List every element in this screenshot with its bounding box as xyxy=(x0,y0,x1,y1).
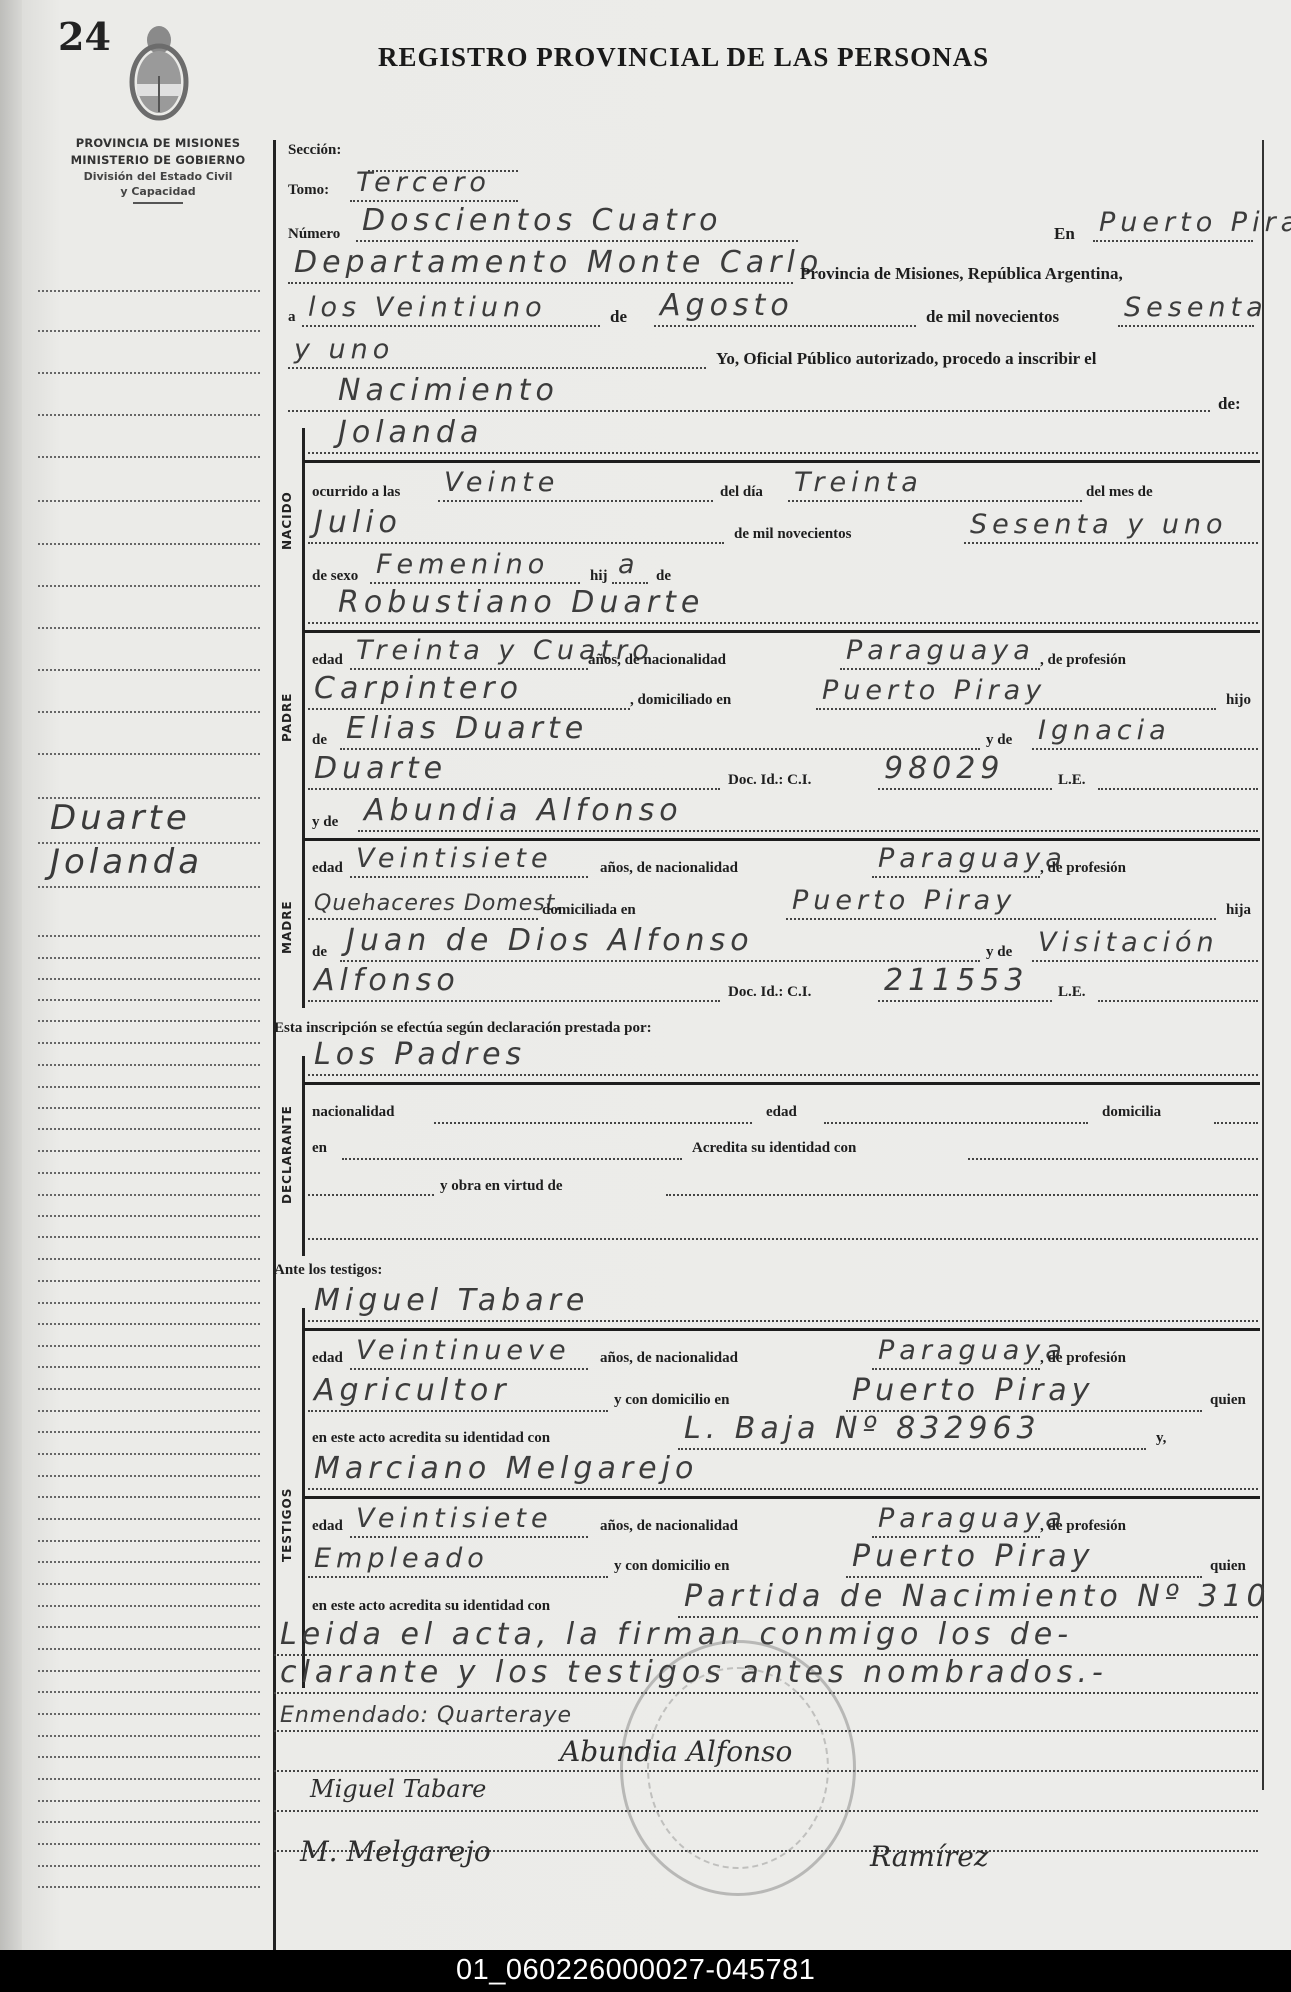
row-madre-padres: de Juan de Dios Alfonso y de Visitación xyxy=(288,928,1260,968)
sexo-field[interactable]: Femenino xyxy=(370,550,580,584)
margin-line xyxy=(38,1475,260,1477)
margin-line xyxy=(38,1800,260,1802)
padre-nacionalidad-field[interactable]: Paraguaya xyxy=(840,636,1040,670)
margin-line xyxy=(38,1843,260,1845)
margin-line xyxy=(38,1778,260,1780)
hora-field[interactable]: Veinte xyxy=(438,468,713,502)
margin-line xyxy=(38,711,260,713)
page-binding-edge xyxy=(0,0,22,1950)
testigo-1-edad-row: edad Veintinueve años, de nacionalidad P… xyxy=(288,1336,1260,1376)
nacido-anio-field[interactable]: Sesenta y uno xyxy=(964,510,1258,544)
row-madre-doc: Alfonso Doc. Id.: C.I. 211553 L.E. xyxy=(288,968,1260,1008)
testigo-2-edad-label: edad xyxy=(312,1518,343,1535)
padre-profesion-field[interactable]: Carpintero xyxy=(308,676,630,710)
madre-yde-label: y de xyxy=(312,814,338,831)
padre-doc-label: Doc. Id.: C.I. xyxy=(728,772,811,789)
tomo-field[interactable]: Tercero xyxy=(350,168,518,202)
testigo-1-nombre-row: Miguel Tabare xyxy=(288,1288,1260,1328)
row-madre-nombre: y de Abundia Alfonso xyxy=(288,798,1260,838)
margin-line xyxy=(38,1258,260,1260)
margin-line xyxy=(38,500,260,502)
signature-witness-2: M. Melgarejo xyxy=(300,1835,491,1868)
madre-ci-field[interactable]: 211553 xyxy=(878,968,1052,1002)
margin-line xyxy=(38,1215,260,1217)
margin-line xyxy=(38,935,260,937)
section-rule xyxy=(304,460,1260,463)
margin-line xyxy=(38,669,260,671)
margin-line xyxy=(38,1431,260,1433)
padre-edad-field[interactable]: Treinta y Cuatro xyxy=(350,636,588,670)
madre-yde2-label: y de xyxy=(986,944,1012,961)
margin-line xyxy=(38,1561,260,1563)
declarante-acredita-cont-field[interactable] xyxy=(308,1162,434,1196)
margin-line xyxy=(38,1150,260,1152)
row-declarante-en: en Acredita su identidad con xyxy=(288,1126,1260,1166)
madre-edad-label: edad xyxy=(312,860,343,877)
margin-line xyxy=(38,1020,260,1022)
testigo-1-nac-label: años, de nacionalidad xyxy=(600,1350,738,1367)
declarante-acredita-label: Acredita su identidad con xyxy=(692,1140,856,1157)
testigo-1-profesion-field[interactable]: Agricultor xyxy=(308,1378,608,1412)
section-rule xyxy=(304,1082,1260,1085)
margin-line xyxy=(38,1086,260,1088)
row-nacido-nombre: Jolanda xyxy=(288,420,1260,460)
departamento-field[interactable]: Departamento Monte Carlo xyxy=(288,250,793,284)
row-nacido-hora: ocurrido a las Veinte del día Treinta de… xyxy=(288,468,1260,508)
signature-mother: Abundia Alfonso xyxy=(560,1735,792,1768)
margin-line xyxy=(38,290,260,292)
row-nacido-mes: Julio de mil novecientos Sesenta y uno xyxy=(288,510,1260,550)
testigo-2-quien-label: quien xyxy=(1210,1558,1246,1575)
padre-madre-field[interactable]: Ignacia xyxy=(1032,716,1258,750)
margin-line xyxy=(38,1453,260,1455)
testigo-1-quien-label: quien xyxy=(1210,1392,1246,1409)
padre-yde-label: y de xyxy=(986,732,1012,749)
row-acto: Nacimiento de: xyxy=(288,378,1260,418)
declarante-nac-label: nacionalidad xyxy=(312,1104,395,1121)
margin-line xyxy=(38,1410,260,1412)
margin-line xyxy=(38,372,260,374)
testigo-1-prof-label: , de profesión xyxy=(1040,1350,1126,1367)
padre-le-field[interactable] xyxy=(1098,756,1258,790)
madre-madre-field[interactable]: Visitación xyxy=(1032,928,1258,962)
madre-prof-label: , de profesión xyxy=(1040,860,1126,877)
seccion-label: Sección: xyxy=(288,142,341,159)
fecha-anio-cont-field[interactable]: y uno xyxy=(288,335,706,369)
testigo-2-edad-row: edad Veintisiete años, de nacionalidad P… xyxy=(288,1504,1260,1544)
nacido-nombre-field[interactable]: Jolanda xyxy=(308,420,1258,454)
row-numero: Número Doscientos Cuatro En Puerto Piray xyxy=(288,208,1260,248)
margin-line xyxy=(38,1128,260,1130)
madre-madre-cont-field[interactable]: Alfonso xyxy=(308,968,720,1002)
madre-de-label: de xyxy=(312,944,327,961)
signature-witness-1: Miguel Tabare xyxy=(310,1775,486,1803)
hij-label: hij xyxy=(590,568,608,585)
row-tomo: Tomo: Tercero xyxy=(288,168,1260,208)
padre-madre-cont-field[interactable]: Duarte xyxy=(308,756,720,790)
padre-ci-field[interactable]: 98029 xyxy=(878,756,1052,790)
margin-line xyxy=(38,1583,260,1585)
section-rule xyxy=(304,1496,1260,1499)
declarante-obra-label: y obra en virtud de xyxy=(440,1178,563,1195)
sexo-label: de sexo xyxy=(312,568,358,585)
testigo-2-nac-label: años, de nacionalidad xyxy=(600,1518,738,1535)
row-fecha: a los Veintiuno de Agosto de mil novecie… xyxy=(288,293,1260,333)
margin-line xyxy=(38,1236,260,1238)
madre-hija-label: hija xyxy=(1226,902,1251,919)
margin-line xyxy=(38,1821,260,1823)
margin-line xyxy=(38,957,260,959)
margin-column xyxy=(28,0,268,1950)
row-declarante-extra xyxy=(288,1206,1260,1246)
margin-line xyxy=(38,1280,260,1282)
fecha-dia-field[interactable]: los Veintiuno xyxy=(302,293,600,327)
row-oficial: y uno Yo, Oficial Público autorizado, pr… xyxy=(288,335,1260,375)
declarante-intro: Esta inscripción se efectúa según declar… xyxy=(274,1020,652,1037)
margin-line xyxy=(38,753,260,755)
margin-line xyxy=(38,978,260,980)
testigo-2-nombre-field[interactable]: Marciano Melgarejo xyxy=(308,1456,1258,1490)
testigo-2-domicilio-field[interactable]: Puerto Piray xyxy=(846,1544,1202,1578)
madre-profesion-field[interactable]: Quehaceres Domest. xyxy=(308,886,538,920)
fecha-de-label: de xyxy=(610,307,627,327)
testigo-1-edad-field[interactable]: Veintinueve xyxy=(350,1336,588,1370)
margin-line xyxy=(38,1345,260,1347)
dia-label: del día xyxy=(720,484,763,501)
section-rule xyxy=(304,1328,1260,1331)
padre-padre-field[interactable]: Elias Duarte xyxy=(340,716,980,750)
testigo-1-domicilio-field[interactable]: Puerto Piray xyxy=(846,1378,1202,1412)
margin-line xyxy=(38,1540,260,1542)
margin-line xyxy=(38,456,260,458)
padre-nombre-field[interactable]: Robustiano Duarte xyxy=(308,590,1258,624)
row-declarante-nombre: Los Padres xyxy=(288,1042,1260,1082)
madre-edad-field[interactable]: Veintisiete xyxy=(350,844,588,878)
page-title: REGISTRO PROVINCIAL DE LAS PERSONAS xyxy=(378,42,989,73)
testigo-2-nombre-row: Marciano Melgarejo xyxy=(288,1456,1260,1496)
tomo-label: Tomo: xyxy=(288,182,329,199)
margin-line xyxy=(38,1865,260,1867)
madre-nacionalidad-field[interactable]: Paraguaya xyxy=(872,844,1040,878)
section-rule xyxy=(304,838,1260,841)
row-madre-profesion: Quehaceres Domest. domiciliada en Puerto… xyxy=(288,886,1260,926)
official-seal-stamp xyxy=(620,1640,856,1896)
oficial-text: Yo, Oficial Público autorizado, procedo … xyxy=(716,349,1096,369)
row-padre-profesion: Carpintero , domiciliado en Puerto Piray… xyxy=(288,676,1260,716)
document-page: 24 PROVINCIA DE MISIONES MINISTERIO DE G… xyxy=(0,0,1291,1950)
madre-le-label: L.E. xyxy=(1058,984,1086,1001)
testigo-2-edad-field[interactable]: Veintisiete xyxy=(350,1504,588,1538)
scan-footer: 01_060226000027-045781 xyxy=(0,1950,1291,1992)
lugar-field[interactable]: Puerto Piray xyxy=(1093,208,1253,242)
padre-nac-label: años, de nacionalidad xyxy=(588,652,726,669)
margin-line xyxy=(38,1518,260,1520)
testigo-1-nombre-field[interactable]: Miguel Tabare xyxy=(308,1288,1258,1322)
hij-de-label: de xyxy=(656,568,671,585)
padre-de-label: de xyxy=(312,732,327,749)
declarante-obra-field[interactable] xyxy=(666,1162,1258,1196)
margin-line xyxy=(38,1735,260,1737)
madre-dom-label: domiciliada en xyxy=(542,902,636,919)
dia-field[interactable]: Treinta xyxy=(788,468,1082,502)
declarante-en-label: en xyxy=(312,1140,327,1157)
mes-field[interactable]: Julio xyxy=(308,510,724,544)
madre-le-field[interactable] xyxy=(1098,968,1258,1002)
row-declarante-obra: y obra en virtud de xyxy=(288,1162,1260,1202)
declarante-nombre-field[interactable]: Los Padres xyxy=(308,1042,1258,1076)
row-declarante-nac: nacionalidad edad domicilia xyxy=(288,1090,1260,1130)
row-padre-nombre: Robustiano Duarte xyxy=(288,590,1260,630)
row-madre-edad: edad Veintisiete años, de nacionalidad P… xyxy=(288,844,1260,884)
madre-padre-field[interactable]: Juan de Dios Alfonso xyxy=(340,928,980,962)
margin-line xyxy=(38,414,260,416)
numero-field[interactable]: Doscientos Cuatro xyxy=(356,208,798,242)
madre-domicilio-field[interactable]: Puerto Piray xyxy=(786,886,1216,920)
padre-edad-label: edad xyxy=(312,652,343,669)
margin-line xyxy=(38,1496,260,1498)
margin-line xyxy=(38,1886,260,1888)
document-id: 01_060226000027-045781 xyxy=(456,1954,815,1987)
row-nacido-sexo: de sexo Femenino hij a de xyxy=(288,550,1260,590)
margin-line xyxy=(38,1605,260,1607)
acto-tipo-field[interactable]: Nacimiento xyxy=(288,378,1210,412)
margin-line xyxy=(38,1042,260,1044)
declarante-domicilio-field[interactable] xyxy=(342,1126,682,1160)
margin-line xyxy=(38,1064,260,1066)
fecha-anio-label: de mil novecientos xyxy=(926,307,1059,327)
declarante-dom-field[interactable] xyxy=(1214,1090,1258,1124)
mes-label: del mes de xyxy=(1086,484,1153,501)
margin-note-given-name: Jolanda xyxy=(50,842,203,882)
testigo-1-nacionalidad-field[interactable]: Paraguaya xyxy=(872,1336,1040,1370)
testigo-2-acredita-field[interactable]: Partida de Nacimiento Nº 310 xyxy=(678,1584,1258,1618)
acto-de-label: de: xyxy=(1218,394,1241,414)
margin-line xyxy=(38,627,260,629)
margin-line xyxy=(38,999,260,1001)
declarante-extra-field[interactable] xyxy=(308,1206,1258,1240)
testigo-2-acredita-label: en este acto acredita su identidad con xyxy=(312,1598,550,1615)
margin-line xyxy=(38,1713,260,1715)
margin-line xyxy=(38,1670,260,1672)
nacido-anio-label: de mil novecientos xyxy=(734,526,852,543)
padre-prof-label: , de profesión xyxy=(1040,652,1126,669)
margin-line xyxy=(38,543,260,545)
margin-line xyxy=(38,1691,260,1693)
testigo-2-dom-label: y con domicilio en xyxy=(614,1558,729,1575)
declarante-edad-label: edad xyxy=(766,1104,797,1121)
testigo-2-nacionalidad-field[interactable]: Paraguaya xyxy=(872,1504,1040,1538)
margin-line xyxy=(38,1323,260,1325)
row-padre-edad: edad Treinta y Cuatro años, de nacionali… xyxy=(288,636,1260,676)
padre-le-label: L.E. xyxy=(1058,772,1086,789)
en-label: En xyxy=(1054,224,1075,244)
madre-nac-label: años, de nacionalidad xyxy=(600,860,738,877)
testigo-1-acredita-label: en este acto acredita su identidad con xyxy=(312,1430,550,1447)
right-border xyxy=(1262,140,1264,1790)
declarante-edad-field[interactable] xyxy=(824,1090,1088,1124)
margin-line xyxy=(38,886,260,888)
margin-line xyxy=(38,1388,260,1390)
margin-note-surname: Duarte xyxy=(50,798,191,838)
madre-doc-label: Doc. Id.: C.I. xyxy=(728,984,811,1001)
testigo-1-acredita-field[interactable]: L. Baja Nº 832963 xyxy=(678,1416,1146,1450)
margin-line xyxy=(38,1366,260,1368)
fecha-mes-field[interactable]: Agosto xyxy=(654,293,916,327)
margin-line xyxy=(38,1626,260,1628)
testigo-2-profesion-field[interactable]: Empleado xyxy=(308,1544,608,1578)
declarante-nacionalidad-field[interactable] xyxy=(434,1090,752,1124)
provincia-text: Provincia de Misiones, República Argenti… xyxy=(800,264,1123,284)
testigo-1-dom-label: y con domicilio en xyxy=(614,1392,729,1409)
declarante-dom-label: domicilia xyxy=(1102,1104,1161,1121)
testigo-1-end-label: y, xyxy=(1156,1430,1166,1447)
row-padre-doc: Duarte Doc. Id.: C.I. 98029 L.E. xyxy=(288,756,1260,796)
signature-officer: Ramírez xyxy=(870,1840,989,1873)
testigo-1-acredita-row: en este acto acredita su identidad con L… xyxy=(288,1416,1260,1456)
margin-line xyxy=(38,1107,260,1109)
numero-label: Número xyxy=(288,226,340,243)
padre-hijo-label: hijo xyxy=(1226,692,1251,709)
madre-nombre-field[interactable]: Abundia Alfonso xyxy=(358,798,1258,832)
row-departamento: Departamento Monte Carlo Provincia de Mi… xyxy=(288,250,1260,290)
testigo-2-profesion-row: Empleado y con domicilio en Puerto Piray… xyxy=(288,1544,1260,1584)
padre-dom-label: , domiciliado en xyxy=(630,692,731,709)
hora-label: ocurrido a las xyxy=(312,484,400,501)
margin-line xyxy=(38,1194,260,1196)
margin-line xyxy=(38,585,260,587)
margin-line xyxy=(38,1172,260,1174)
testigo-2-prof-label: , de profesión xyxy=(1040,1518,1126,1535)
section-rule xyxy=(304,630,1260,633)
margin-line xyxy=(38,330,260,332)
hij-suffix-field[interactable]: a xyxy=(612,550,648,584)
testigos-intro: Ante los testigos: xyxy=(274,1262,382,1279)
margin-line xyxy=(38,1302,260,1304)
declarante-acredita-field[interactable] xyxy=(968,1126,1258,1160)
margin-line xyxy=(38,1756,260,1758)
row-padre-padres: de Elias Duarte y de Ignacia xyxy=(288,716,1260,756)
testigo-1-edad-label: edad xyxy=(312,1350,343,1367)
fecha-anio-field[interactable]: Sesenta xyxy=(1118,293,1254,327)
fecha-prefix: a xyxy=(288,309,296,326)
margin-line xyxy=(38,1648,260,1650)
padre-domicilio-field[interactable]: Puerto Piray xyxy=(816,676,1216,710)
